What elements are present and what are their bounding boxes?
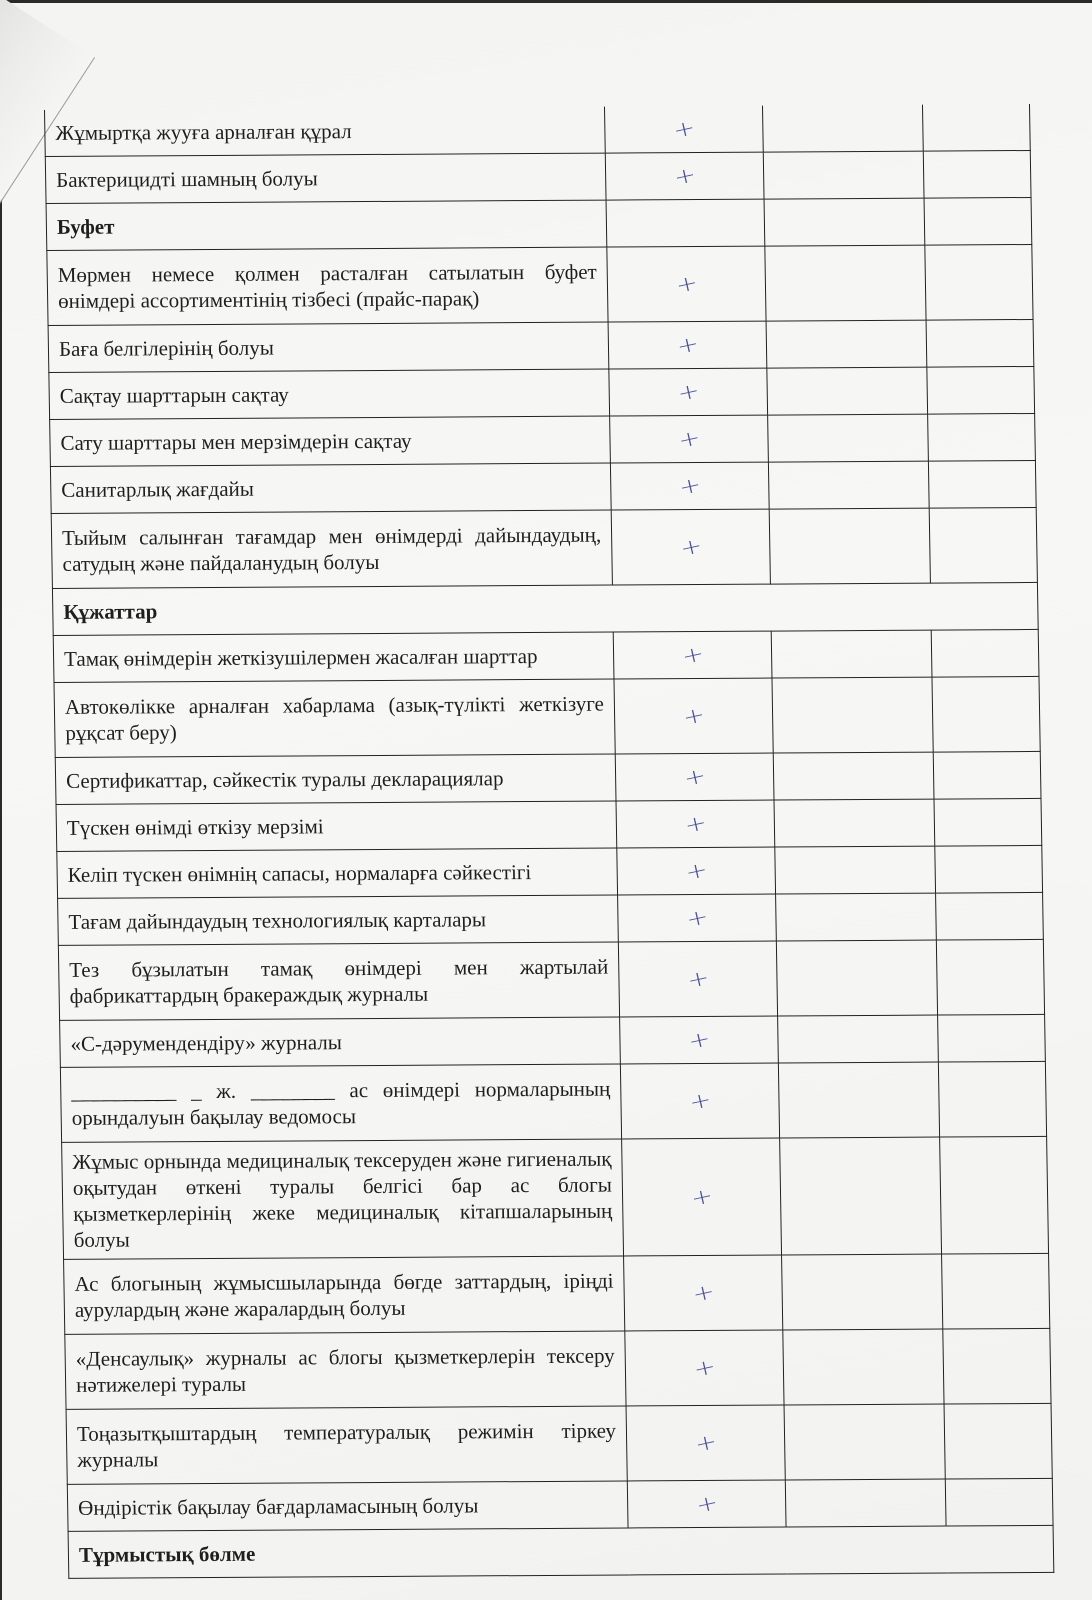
requirement-text: Сақтау шарттарын сақтау [49, 369, 610, 419]
compliance-mark-cell [606, 199, 765, 247]
section-row: Тұрмыстық бөлме [68, 1525, 1054, 1578]
checklist-row: Жұмыртқа жууға арналған құрал+ [44, 104, 1030, 157]
checklist-row: Келіп түскен өнімнің сапасы, нормаларға … [57, 845, 1043, 898]
compliance-mark-cell: + [608, 321, 767, 369]
requirement-text: Келіп түскен өнімнің сапасы, нормаларға … [57, 848, 618, 898]
noncompliance-cell [764, 198, 925, 246]
compliance-mark-cell: + [610, 415, 769, 463]
handwritten-plus-icon: + [686, 1086, 713, 1116]
compliance-mark-cell: + [624, 1255, 783, 1331]
handwritten-plus-icon: + [676, 471, 703, 501]
requirement-text: Тоңазытқыштардың температуралық режимін … [66, 1406, 627, 1484]
checklist-row: Автокөлікке арналған хабарлама (азық-түл… [54, 676, 1040, 757]
checklist-row: Сақтау шарттарын сақтау+ [49, 366, 1035, 419]
compliance-mark-cell: + [613, 631, 772, 679]
handwritten-plus-icon: + [679, 640, 706, 670]
compliance-mark-cell: + [620, 1063, 779, 1139]
notes-cell [932, 676, 1040, 752]
compliance-mark-cell: + [620, 1016, 779, 1064]
noncompliance-cell [766, 320, 927, 368]
notes-cell [938, 1014, 1046, 1062]
section-title: Құжаттар [52, 582, 1038, 635]
section-row: Құжаттар [52, 582, 1038, 635]
notes-cell [944, 1403, 1052, 1479]
compliance-mark-cell: + [625, 1330, 784, 1406]
notes-cell [934, 798, 1042, 846]
handwritten-plus-icon: + [683, 856, 710, 886]
notes-cell [933, 751, 1041, 799]
checklist-row: __________ _ ж. ________ ас өнімдері нор… [60, 1061, 1046, 1142]
requirement-text: Тез бұзылатын тамақ өнімдері мен жартыла… [58, 942, 619, 1020]
requirement-text: Ас блогының жұмысшыларында бөгде заттард… [64, 1256, 625, 1334]
checklist-row: «С-дәрумендендіру» журналы+ [60, 1014, 1046, 1067]
notes-cell [929, 507, 1037, 583]
notes-cell [936, 939, 1044, 1015]
checklist-row: Баға белгілерінің болуы+ [48, 319, 1034, 372]
handwritten-plus-icon: + [675, 377, 702, 407]
requirement-text: Тамақ өнімдерін жеткізушілермен жасалған… [53, 632, 614, 682]
photo-frame-top [0, 0, 1092, 3]
compliance-mark-cell: + [617, 847, 776, 895]
handwritten-plus-icon: + [693, 1489, 720, 1519]
requirement-text: Тағам дайындаудың технологиялық карталар… [58, 895, 619, 945]
notes-cell [938, 1061, 1046, 1137]
requirement-text: Санитарлық жағдайы [50, 463, 611, 513]
notes-cell [922, 104, 1030, 151]
checklist-row: Бактерицидті шамның болуы+ [45, 150, 1031, 203]
noncompliance-cell [778, 1015, 939, 1063]
checklist-row: Тез бұзылатын тамақ өнімдері мен жартыла… [58, 939, 1044, 1020]
handwritten-plus-icon: + [677, 532, 704, 562]
compliance-mark-cell: + [615, 753, 774, 801]
handwritten-plus-icon: + [674, 330, 701, 360]
photo-frame-left [0, 0, 2, 1600]
noncompliance-cell [780, 1137, 942, 1255]
noncompliance-cell [778, 1062, 939, 1138]
handwritten-plus-icon: + [680, 701, 707, 731]
requirement-text: Бактерицидті шамның болуы [45, 153, 606, 203]
noncompliance-cell [762, 105, 923, 152]
requirement-text: Мөрмен немесе қолмен расталған сатылатын… [47, 247, 608, 325]
requirement-text: «С-дәрумендендіру» журналы [60, 1017, 621, 1067]
handwritten-plus-icon: + [684, 964, 711, 994]
requirement-text: Автокөлікке арналған хабарлама (азық-түл… [54, 679, 615, 757]
handwritten-plus-icon: + [675, 424, 702, 454]
checklist-row: Санитарлық жағдайы+ [50, 460, 1036, 513]
requirement-text: __________ _ ж. ________ ас өнімдері нор… [60, 1064, 621, 1142]
noncompliance-cell [772, 677, 933, 753]
requirement-text: Тыйым салынған тағамдар мен өнімдерді да… [51, 510, 612, 588]
handwritten-plus-icon: + [682, 809, 709, 839]
notes-cell [943, 1328, 1051, 1404]
compliance-mark-cell: + [605, 152, 764, 200]
compliance-mark-cell: + [610, 462, 769, 510]
noncompliance-cell [785, 1479, 946, 1527]
checklist-row: Өндірістік бақылау бағдарламасының болуы… [67, 1478, 1053, 1531]
requirement-text: «Денсаулық» журналы ас блогы қызметкерле… [65, 1331, 626, 1409]
checklist-row: Мөрмен немесе қолмен расталған сатылатын… [47, 244, 1033, 325]
compliance-mark-cell: + [622, 1138, 782, 1256]
requirement-text: Сату шарттары мен мерзімдерін сақтау [50, 416, 611, 466]
handwritten-plus-icon: + [685, 1025, 712, 1055]
noncompliance-cell [784, 1404, 945, 1480]
requirement-text: Өндірістік бақылау бағдарламасының болуы [67, 1481, 628, 1531]
notes-cell [923, 150, 1031, 198]
notes-cell [928, 413, 1036, 461]
compliance-mark-cell: + [618, 894, 777, 942]
section-title: Буфет [46, 200, 607, 250]
notes-cell [931, 629, 1039, 677]
handwritten-plus-icon: + [691, 1353, 718, 1383]
noncompliance-cell [763, 151, 924, 199]
requirement-text: Жұмыртқа жууға арналған құрал [44, 107, 605, 157]
noncompliance-cell [782, 1254, 943, 1330]
checklist-row: Жұмыс орнында медициналық тексеруден жән… [62, 1136, 1049, 1259]
checklist-sheet: Жұмыртқа жууға арналған құрал+Бактерицид… [44, 104, 1053, 1579]
noncompliance-cell [771, 630, 932, 678]
checklist-table: Жұмыртқа жууға арналған құрал+Бактерицид… [44, 104, 1054, 1579]
noncompliance-cell [767, 367, 928, 415]
section-title: Тұрмыстық бөлме [68, 1525, 1054, 1578]
section-row: Буфет [46, 197, 1032, 250]
handwritten-plus-icon: + [692, 1428, 719, 1458]
notes-cell [942, 1253, 1050, 1329]
noncompliance-cell [774, 799, 935, 847]
requirement-text: Баға белгілерінің болуы [48, 322, 609, 372]
checklist-row: Сертификаттар, сәйкестік туралы декларац… [55, 751, 1041, 804]
notes-cell [927, 366, 1035, 414]
noncompliance-cell [768, 414, 929, 462]
requirement-text: Түскен өнімді өткізу мерзімі [56, 801, 617, 851]
checklist-row: Сату шарттары мен мерзімдерін сақтау+ [50, 413, 1036, 466]
checklist-row: Тамақ өнімдерін жеткізушілермен жасалған… [53, 629, 1039, 682]
compliance-mark-cell: + [604, 106, 763, 153]
notes-cell [925, 244, 1033, 320]
checklist-row: Тоңазытқыштардың температуралық режимін … [66, 1403, 1052, 1484]
notes-cell [936, 892, 1044, 940]
notes-cell [935, 845, 1043, 893]
notes-cell [924, 197, 1032, 245]
noncompliance-cell [776, 893, 937, 941]
compliance-mark-cell: + [627, 1480, 786, 1528]
handwritten-plus-icon: + [688, 1182, 715, 1212]
compliance-mark-cell: + [607, 246, 766, 322]
handwritten-plus-icon: + [673, 269, 700, 299]
compliance-mark-cell: + [614, 678, 773, 754]
compliance-mark-cell: + [618, 941, 777, 1017]
compliance-mark-cell: + [609, 368, 768, 416]
handwritten-plus-icon: + [681, 762, 708, 792]
handwritten-plus-icon: + [690, 1278, 717, 1308]
noncompliance-cell [775, 846, 936, 894]
checklist-row: Ас блогының жұмысшыларында бөгде заттард… [64, 1253, 1050, 1334]
checklist-row: Тағам дайындаудың технологиялық карталар… [58, 892, 1044, 945]
handwritten-plus-icon: + [670, 114, 697, 144]
requirement-text: Сертификаттар, сәйкестік туралы декларац… [55, 754, 616, 804]
checklist-row: Түскен өнімді өткізу мерзімі+ [56, 798, 1042, 851]
notes-cell [928, 460, 1036, 508]
noncompliance-cell [768, 461, 929, 509]
requirement-text: Жұмыс орнында медициналық тексеруден жән… [62, 1139, 624, 1259]
noncompliance-cell [776, 940, 937, 1016]
notes-cell [940, 1136, 1049, 1254]
checklist-row: Тыйым салынған тағамдар мен өнімдерді да… [51, 507, 1037, 588]
notes-cell [945, 1478, 1053, 1526]
notes-cell [926, 319, 1034, 367]
handwritten-plus-icon: + [683, 903, 710, 933]
compliance-mark-cell: + [611, 509, 770, 585]
checklist-row: «Денсаулық» журналы ас блогы қызметкерле… [65, 1328, 1051, 1409]
noncompliance-cell [765, 245, 926, 321]
noncompliance-cell [783, 1329, 944, 1405]
compliance-mark-cell: + [626, 1405, 785, 1481]
compliance-mark-cell: + [616, 800, 775, 848]
noncompliance-cell [769, 508, 930, 584]
handwritten-plus-icon: + [671, 161, 698, 191]
noncompliance-cell [773, 752, 934, 800]
